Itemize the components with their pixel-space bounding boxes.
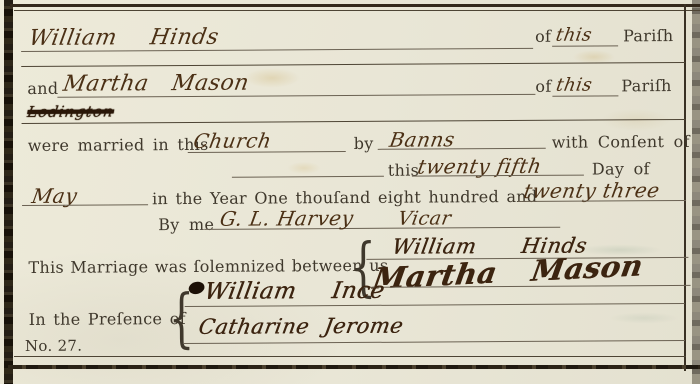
married-prefix: were married in this <box>28 135 209 155</box>
witness-brace: { <box>169 287 195 351</box>
officiant-signature: G. L. Harvey <box>218 206 355 231</box>
blank-line <box>232 176 384 178</box>
method-line <box>378 148 546 150</box>
by-label: by <box>354 134 374 153</box>
of-label: of <box>535 77 551 96</box>
of-label: of <box>535 27 551 46</box>
witness2-signature: Catharine Jerome <box>197 314 405 339</box>
row-separator <box>22 119 686 124</box>
day-of-label: Day of <box>592 159 650 178</box>
row-separator <box>21 62 685 67</box>
place-entry: Church <box>192 128 274 153</box>
and-label: and <box>27 79 58 98</box>
year-printed-label: in the Year One thouſand eight hundred a… <box>152 187 537 208</box>
by-me-label: By me <box>158 215 214 234</box>
marriage-register-page: William Hinds of this Pariſh and Martha … <box>0 0 700 384</box>
presence-label: In the Preſence of <box>29 309 186 329</box>
witness1-signature: William Ince <box>202 278 386 305</box>
parish-label: Pariſh <box>621 76 672 95</box>
record-number: No. 27. <box>25 337 82 355</box>
consent-label: with Conſent of <box>552 132 690 152</box>
parish-label: Pariſh <box>623 26 674 45</box>
form-content: William Hinds of this Pariſh and Martha … <box>0 0 700 384</box>
place-line <box>188 151 346 153</box>
groom-parish-line <box>552 45 618 46</box>
bride-parish-entry: this <box>555 75 594 96</box>
month-line <box>22 204 148 206</box>
witness2-line <box>183 340 685 344</box>
officiant-title-entry: Vicar <box>396 207 453 229</box>
this-label: this <box>388 161 419 180</box>
bride-name-entry: Martha Mason <box>61 71 251 97</box>
groom-name-entry: William Hinds <box>27 25 221 51</box>
groom-parish-entry: this <box>554 25 593 46</box>
bride-parish-line <box>552 95 618 96</box>
solemnized-label: This Marriage was ſolemnized between us <box>28 256 388 277</box>
struck-out-word: Lodington <box>26 102 115 121</box>
